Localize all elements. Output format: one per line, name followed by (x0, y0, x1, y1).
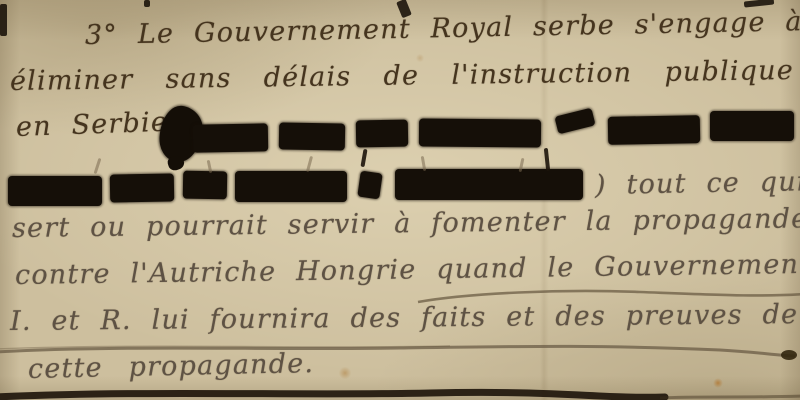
redaction-bar (554, 108, 595, 135)
redaction-bar (357, 171, 382, 200)
ink-mark (0, 4, 7, 36)
ink-mark (144, 0, 150, 7)
redaction-bar (395, 169, 583, 200)
redaction-bar (8, 176, 102, 206)
redaction-bar (193, 123, 268, 152)
redaction-bar (608, 115, 700, 145)
redaction-bar (235, 171, 347, 202)
redaction-bar (419, 118, 541, 147)
pencil-underline-fuzz (0, 346, 450, 349)
handwritten-line-6: contre l'Autriche Hongrie quand le Gouve… (15, 249, 795, 291)
redaction-bar (356, 120, 408, 148)
bottom-edge-dark-line (0, 392, 665, 397)
ink-mark (544, 148, 550, 171)
faint-stroke-mark (306, 156, 313, 172)
ink-mark (360, 149, 367, 167)
handwritten-line-7: I. et R. lui fournira des faits et des p… (10, 299, 792, 337)
manuscript-page: 3° Le Gouvernement Royal serbe s'engage … (0, 0, 800, 400)
handwritten-line-2: éliminer sans délais de l'instruction pu… (10, 55, 794, 97)
handwritten-line-5: sert ou pourrait servir à fomenter la pr… (12, 203, 794, 244)
redaction-bar (183, 171, 227, 200)
bottom-edge-faint-line (660, 396, 800, 398)
handwritten-line-1: 3° Le Gouvernement Royal serbe s'engage … (85, 6, 791, 51)
pencil-blob (781, 350, 797, 360)
handwritten-line-8: cette propagande. (28, 348, 315, 385)
redaction-bar (110, 173, 174, 202)
faint-stroke-mark (94, 158, 102, 174)
handwritten-line-4: ) tout ce qui (595, 166, 798, 201)
handwritten-line-3: en Serbie (15, 107, 168, 143)
redaction-bar (710, 111, 794, 141)
redaction-bar (279, 122, 345, 150)
